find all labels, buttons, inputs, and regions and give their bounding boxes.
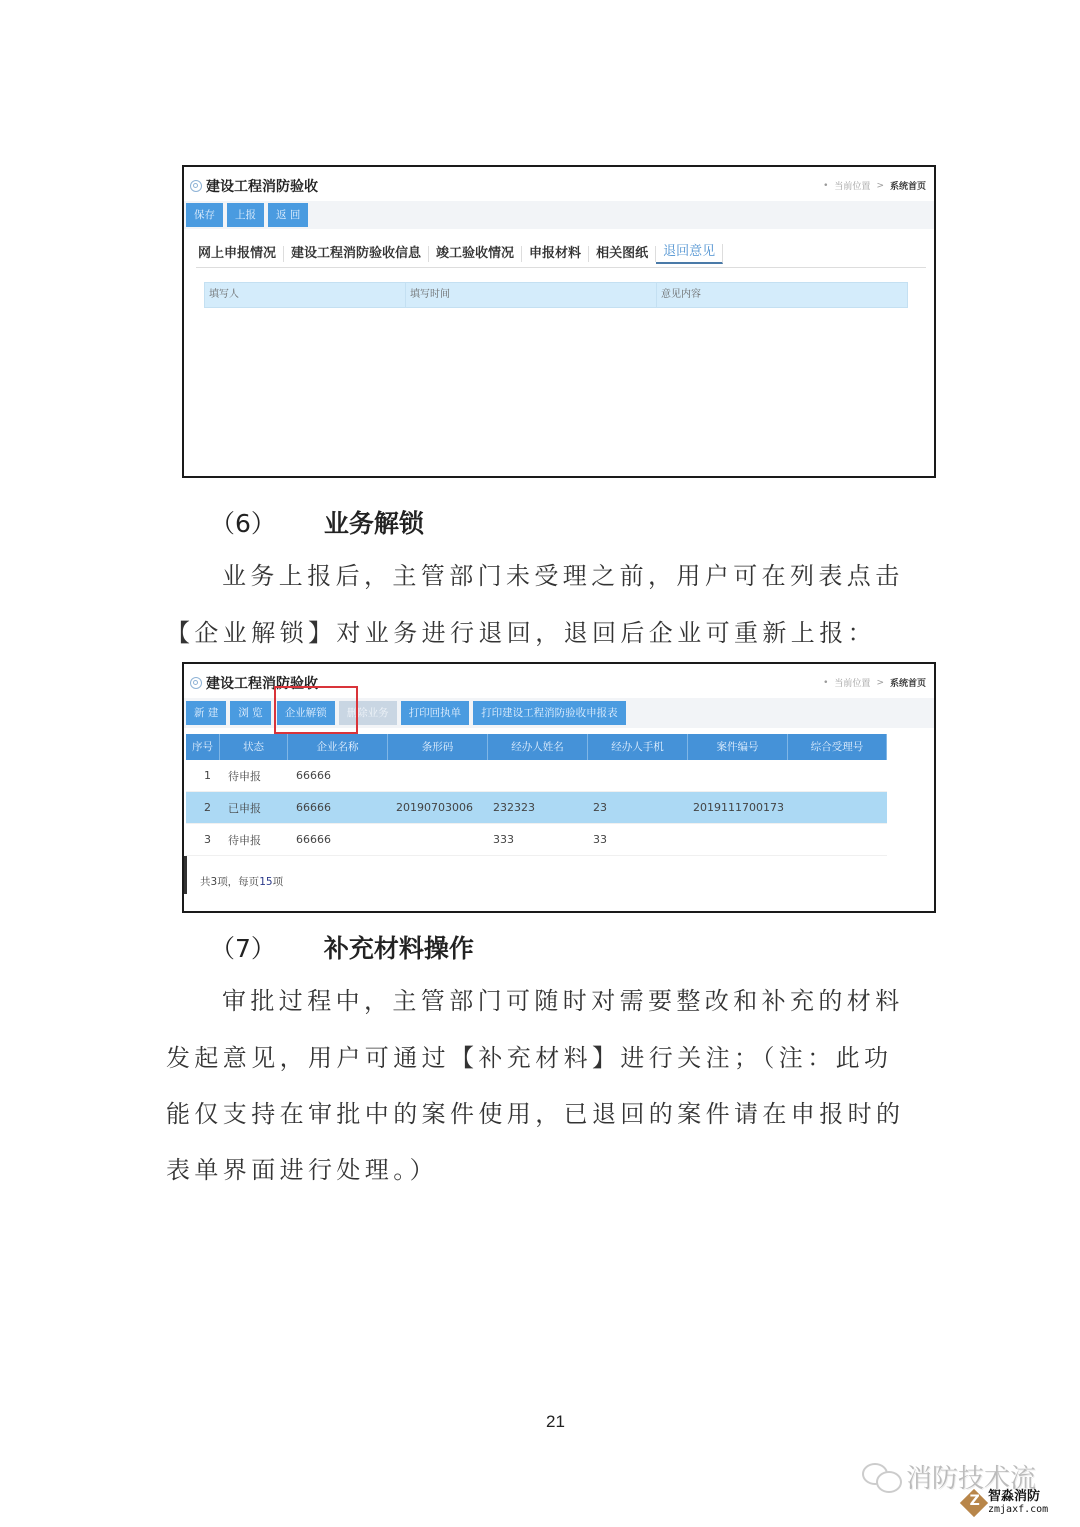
column-header-writer: 填写人: [205, 283, 406, 307]
column-header: 经办人姓名: [488, 734, 588, 760]
chevron-right-icon: >: [876, 678, 884, 688]
browse-button[interactable]: 浏 览: [230, 701, 270, 725]
column-header: 案件编号: [688, 734, 788, 760]
cell-status: 待申报: [220, 832, 288, 848]
cell-handler-phone: 33: [588, 833, 688, 846]
cell-company: 66666: [288, 801, 388, 814]
scroll-indicator: [184, 856, 187, 894]
cell-index: 3: [186, 833, 220, 846]
tab-bar: 网上申报情况 建设工程消防验收信息 竣工验收情况 申报材料 相关图纸 退回意见: [196, 241, 926, 268]
tab-related-drawings[interactable]: 相关图纸: [589, 246, 656, 262]
tab-application-materials[interactable]: 申报材料: [522, 246, 589, 262]
screenshot-business-unlock: 建设工程消防验收 • 当前位置 > 系统首页 新 建 浏 览 企业解锁 删除业务…: [182, 662, 936, 913]
cell-status: 已申报: [220, 800, 288, 816]
cell-case-number: 2019111700173: [688, 801, 788, 814]
column-header: 综合受理号: [788, 734, 887, 760]
cell-index: 2: [186, 801, 220, 814]
tab-return-opinion[interactable]: 退回意见: [656, 244, 723, 264]
target-icon: [190, 180, 202, 192]
section6-paragraph-line-1: 业务上报后，主管部门未受理之前，用户可在列表点击: [222, 548, 982, 605]
business-table: 序号 状态 企业名称 条形码 经办人姓名 经办人手机 案件编号 综合受理号 1 …: [186, 734, 887, 889]
back-button[interactable]: 返 回: [268, 203, 308, 227]
table-header: 序号 状态 企业名称 条形码 经办人姓名 经办人手机 案件编号 综合受理号: [186, 734, 887, 760]
section7-paragraph-line-1: 审批过程中，主管部门可随时对需要整改和补充的材料: [222, 973, 982, 1030]
column-header-content: 意见内容: [657, 283, 907, 307]
toolbar: 保存 上报 返 回: [184, 201, 934, 229]
cell-handler-phone: 23: [588, 801, 688, 814]
table-row[interactable]: 3 待申报 66666 333 33: [186, 824, 887, 856]
section7-paragraph-line-2: 发起意见，用户可通过【补充材料】进行关注；（注：此功: [166, 1030, 926, 1087]
column-header-time: 填写时间: [406, 283, 657, 307]
print-application-form-button[interactable]: 打印建设工程消防验收申报表: [473, 701, 626, 725]
cell-handler-name: 232323: [488, 801, 588, 814]
site-logo: 智淼消防 zmjaxf.com: [964, 1490, 1048, 1516]
tab-online-application[interactable]: 网上申报情况: [196, 246, 284, 262]
opinion-table-header: 填写人 填写时间 意见内容: [204, 282, 908, 308]
submit-button[interactable]: 上报: [227, 203, 264, 227]
column-header: 状态: [220, 734, 288, 760]
pagination-summary: 共3项，每页15项: [200, 874, 887, 889]
wechat-icon: [862, 1463, 902, 1491]
cell-handler-name: 333: [488, 833, 588, 846]
breadcrumb: • 当前位置 > 系统首页: [823, 179, 926, 192]
new-button[interactable]: 新 建: [186, 701, 226, 725]
cell-status: 待申报: [220, 768, 288, 784]
column-header: 经办人手机: [588, 734, 688, 760]
section7-paragraph-line-3: 能仅支持在审批中的案件使用，已退回的案件请在申报时的: [166, 1086, 926, 1143]
breadcrumb: • 当前位置 > 系统首页: [823, 676, 926, 689]
bullet-icon: •: [823, 181, 828, 191]
tab-acceptance-info[interactable]: 建设工程消防验收信息: [284, 246, 429, 262]
section-heading-6: （6）业务解锁: [210, 504, 424, 540]
section6-paragraph-line-2: 【企业解锁】对业务进行退回，退回后企业可重新上报：: [166, 605, 926, 662]
save-button[interactable]: 保存: [186, 203, 223, 227]
section-heading-7: （7）补充材料操作: [210, 929, 474, 965]
screenshot-return-opinion: 建设工程消防验收 • 当前位置 > 系统首页 保存 上报 返 回 网上申报情况 …: [182, 165, 936, 478]
bullet-icon: •: [823, 678, 828, 688]
page-number: 21: [546, 1412, 565, 1432]
highlight-box: [274, 686, 358, 734]
target-icon: [190, 677, 202, 689]
cell-index: 1: [186, 769, 220, 782]
section7-paragraph-line-4: 表单界面进行处理。）: [166, 1142, 926, 1199]
window-header: 建设工程消防验收 • 当前位置 > 系统首页: [184, 167, 934, 201]
cell-company: 66666: [288, 833, 388, 846]
column-header: 序号: [186, 734, 220, 760]
table-row[interactable]: 1 待申报 66666: [186, 760, 887, 792]
column-header: 条形码: [388, 734, 488, 760]
column-header: 企业名称: [288, 734, 388, 760]
page-title: 建设工程消防验收: [190, 176, 318, 196]
table-row-selected[interactable]: 2 已申报 66666 20190703006 232323 23 201911…: [186, 792, 887, 824]
logo-z-icon: [960, 1489, 988, 1517]
print-receipt-button[interactable]: 打印回执单: [401, 701, 470, 725]
cell-barcode: 20190703006: [388, 801, 488, 814]
cell-company: 66666: [288, 769, 388, 782]
chevron-right-icon: >: [876, 181, 884, 191]
breadcrumb-home-link[interactable]: 系统首页: [890, 179, 926, 192]
breadcrumb-home-link[interactable]: 系统首页: [890, 676, 926, 689]
tab-completion-acceptance[interactable]: 竣工验收情况: [429, 246, 522, 262]
